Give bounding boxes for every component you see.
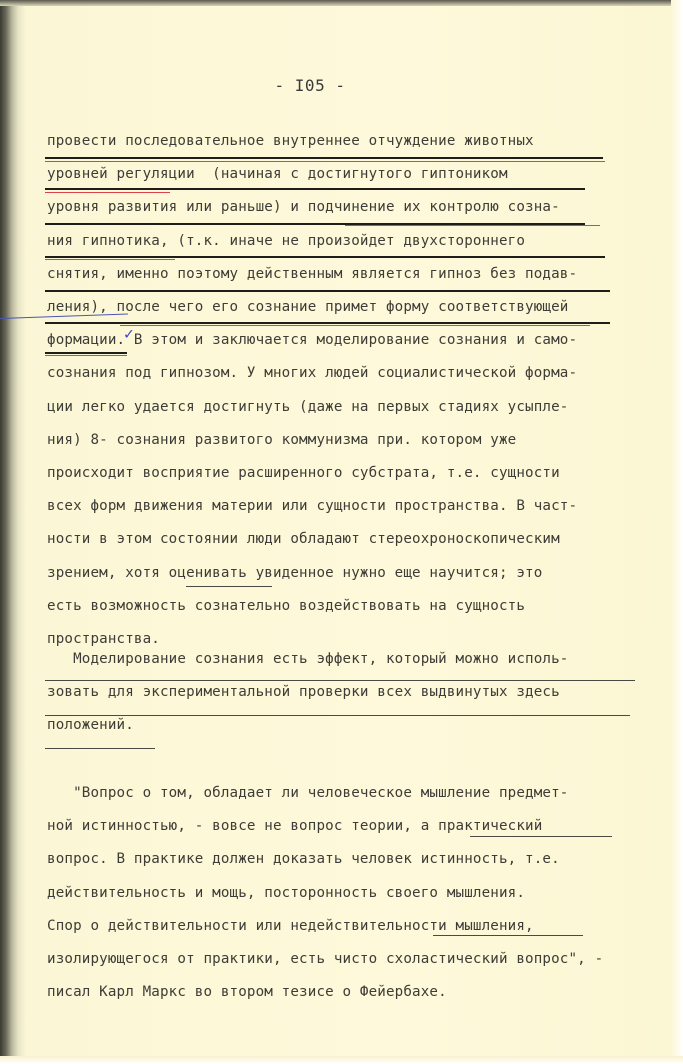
text-line: есть возможность сознательно воздействов… — [47, 598, 525, 614]
text-line: зовать для экспериментальной проверки вс… — [47, 684, 560, 700]
underline-mark — [45, 355, 127, 356]
underline-mark — [45, 157, 603, 159]
underline-mark — [433, 935, 583, 936]
text-line: ной истинностью, - вовсе не вопрос теори… — [47, 818, 542, 834]
page-bottom-edge — [0, 1056, 683, 1064]
text-line: пространства. — [47, 631, 160, 647]
underline-mark — [45, 680, 635, 681]
underline-mark — [45, 352, 127, 354]
text-line: Спор о действительности или недействител… — [47, 918, 534, 934]
text-line: положений. — [47, 717, 134, 733]
underline-mark — [45, 748, 155, 749]
page-right-edge — [671, 0, 683, 1064]
underline-mark — [120, 325, 590, 326]
underline-mark — [470, 836, 612, 837]
underline-mark — [186, 586, 272, 587]
underline-mark — [45, 256, 605, 258]
text-line: действительность и мощь, посторонность с… — [47, 885, 525, 901]
text-line: зрением, хотя оценивать увиденное нужно … — [47, 565, 542, 581]
text-line: "Вопрос о том, обладает ли человеческое … — [47, 785, 569, 801]
underline-mark — [45, 290, 610, 292]
underline-mark — [45, 188, 585, 190]
text-line: ния гипнотика, (т.к. иначе не произойдет… — [47, 233, 525, 249]
text-line: писал Карл Маркс во втором тезисе о Фейе… — [47, 984, 447, 1000]
text-line: сознания под гипнозом. У многих людей со… — [47, 365, 577, 381]
underline-mark — [345, 225, 600, 226]
text-line: провести последовательное внутреннее отч… — [47, 133, 534, 149]
text-line: уровней регуляции (начиная с достигнутог… — [47, 166, 508, 182]
page-top-edge — [0, 0, 683, 6]
text-line: всех форм движения материи или сущности … — [47, 498, 577, 514]
text-line: ции легко удается достигнуть (даже на пе… — [47, 399, 569, 415]
checkmark-icon: ✓ — [124, 324, 134, 343]
underline-mark — [45, 161, 605, 162]
text-line: изолирующегося от практики, есть чисто с… — [47, 951, 603, 967]
text-line: снятия, именно поэтому действенным являе… — [47, 266, 577, 282]
underline-mark — [45, 259, 175, 260]
text-line: происходит восприятие расширенного субст… — [47, 465, 560, 481]
underline-mark — [45, 715, 630, 716]
text-line: ности в этом состоянии люди обладают сте… — [47, 531, 560, 547]
underline-mark — [45, 192, 170, 193]
document-page: - I05 - провести последовательное внутре… — [0, 0, 683, 1064]
text-line: Моделирование сознания есть эффект, кото… — [47, 651, 569, 667]
text-line: вопрос. В практике должен доказать челов… — [47, 851, 560, 867]
text-line: ния) 8- сознания развитого коммунизма пр… — [47, 432, 516, 448]
text-line: уровня развития или раньше) и подчинение… — [47, 199, 560, 215]
page-number: - I05 - — [0, 76, 620, 95]
